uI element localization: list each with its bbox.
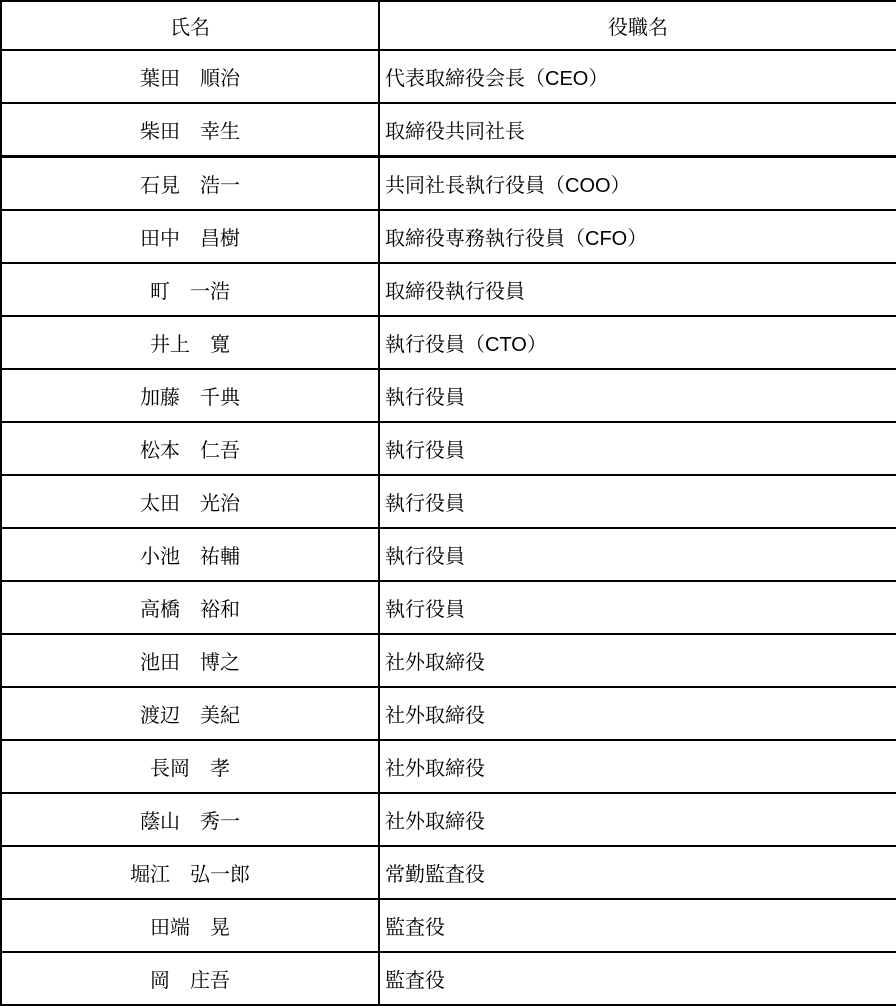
name-cell: 蔭山 秀一	[1, 793, 379, 846]
name-cell: 堀江 弘一郎	[1, 846, 379, 899]
name-cell: 町 一浩	[1, 263, 379, 316]
title-cell: 社外取締役	[379, 634, 896, 687]
title-cell: 監査役	[379, 899, 896, 952]
name-cell: 田端 晃	[1, 899, 379, 952]
title-cell: 取締役執行役員	[379, 263, 896, 316]
name-cell: 松本 仁吾	[1, 422, 379, 475]
table-row: 松本 仁吾 執行役員	[1, 422, 896, 475]
table-row: 井上 寛 執行役員（CTO）	[1, 316, 896, 369]
title-cell: 執行役員（CTO）	[379, 316, 896, 369]
title-cell: 執行役員	[379, 369, 896, 422]
title-cell: 社外取締役	[379, 793, 896, 846]
name-cell: 長岡 孝	[1, 740, 379, 793]
name-cell: 渡辺 美紀	[1, 687, 379, 740]
header-name: 氏名	[1, 1, 379, 50]
title-cell: 執行役員	[379, 581, 896, 634]
title-cell: 監査役	[379, 952, 896, 1005]
name-cell: 柴田 幸生	[1, 103, 379, 157]
title-cell: 執行役員	[379, 422, 896, 475]
table-row: 田中 昌樹 取締役専務執行役員（CFO）	[1, 210, 896, 263]
name-cell: 池田 博之	[1, 634, 379, 687]
title-cell: 社外取締役	[379, 740, 896, 793]
table-row: 加藤 千典 執行役員	[1, 369, 896, 422]
table-row: 小池 祐輔 執行役員	[1, 528, 896, 581]
title-cell: 執行役員	[379, 528, 896, 581]
officers-table: 氏名 役職名 葉田 順治 代表取締役会長（CEO） 柴田 幸生 取締役共同社長 …	[0, 0, 896, 1006]
table-row: 池田 博之 社外取締役	[1, 634, 896, 687]
title-cell: 取締役専務執行役員（CFO）	[379, 210, 896, 263]
name-cell: 岡 庄吾	[1, 952, 379, 1005]
name-cell: 小池 祐輔	[1, 528, 379, 581]
table-row: 柴田 幸生 取締役共同社長	[1, 103, 896, 157]
table-row: 蔭山 秀一 社外取締役	[1, 793, 896, 846]
name-cell: 石見 浩一	[1, 157, 379, 211]
table-row: 長岡 孝 社外取締役	[1, 740, 896, 793]
table-row: 葉田 順治 代表取締役会長（CEO）	[1, 50, 896, 103]
table-row: 堀江 弘一郎 常勤監査役	[1, 846, 896, 899]
title-cell: 執行役員	[379, 475, 896, 528]
table-row: 田端 晃 監査役	[1, 899, 896, 952]
title-cell: 共同社長執行役員（COO）	[379, 157, 896, 211]
name-cell: 井上 寛	[1, 316, 379, 369]
title-cell: 常勤監査役	[379, 846, 896, 899]
header-row: 氏名 役職名	[1, 1, 896, 50]
title-cell: 取締役共同社長	[379, 103, 896, 157]
table-row: 高橋 裕和 執行役員	[1, 581, 896, 634]
name-cell: 太田 光治	[1, 475, 379, 528]
name-cell: 加藤 千典	[1, 369, 379, 422]
name-cell: 葉田 順治	[1, 50, 379, 103]
name-cell: 田中 昌樹	[1, 210, 379, 263]
title-cell: 代表取締役会長（CEO）	[379, 50, 896, 103]
table-row: 石見 浩一 共同社長執行役員（COO）	[1, 157, 896, 211]
table-row: 町 一浩 取締役執行役員	[1, 263, 896, 316]
title-cell: 社外取締役	[379, 687, 896, 740]
name-cell: 高橋 裕和	[1, 581, 379, 634]
header-title: 役職名	[379, 1, 896, 50]
table-row: 渡辺 美紀 社外取締役	[1, 687, 896, 740]
table-row: 岡 庄吾 監査役	[1, 952, 896, 1005]
table-row: 太田 光治 執行役員	[1, 475, 896, 528]
